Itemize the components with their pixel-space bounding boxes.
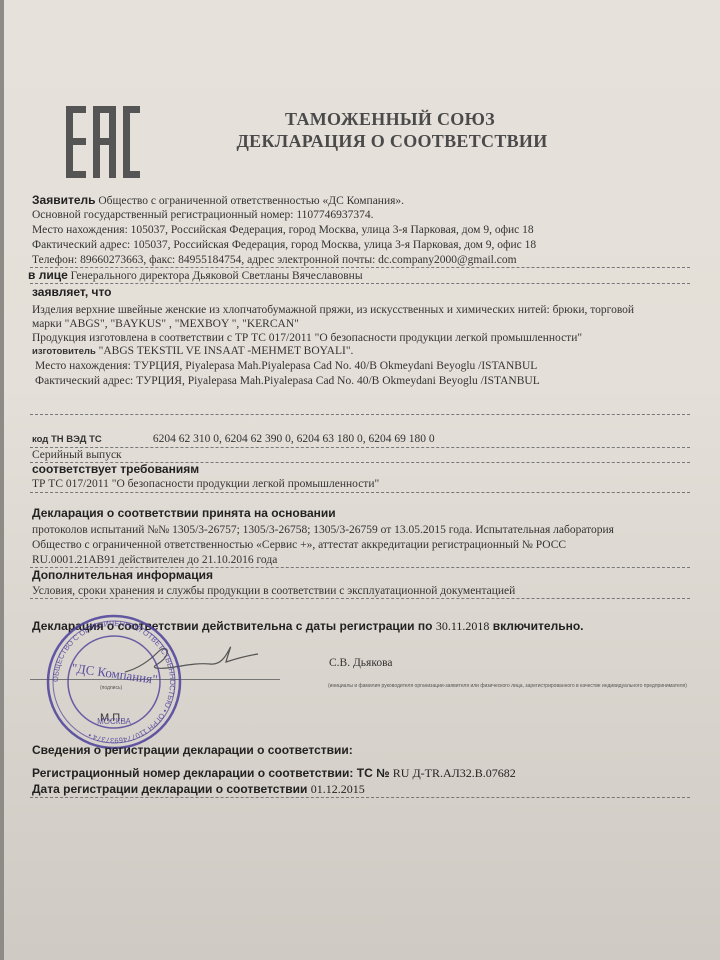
applicant-label: Заявитель (32, 193, 96, 207)
product-description-2: марки "ABGS", "BAYKUS" , "MEXBOY ", "KER… (32, 317, 299, 331)
title-union: ТАМОЖЕННЫЙ СОЮЗ (200, 108, 580, 130)
registration-number-value: RU Д-TR.АЛ32.В.07682 (393, 766, 516, 780)
divider (30, 414, 690, 415)
svg-text:ОБЩЕСТВО С ОГРАНИЧЕННОЙ ОТВЕТС: ОБЩЕСТВО С ОГРАНИЧЕННОЙ ОТВЕТСТВЕННОСТЬЮ… (51, 619, 177, 745)
serial-release: Серийный выпуск (32, 448, 122, 462)
additional-value: Условия, сроки хранения и службы продукц… (32, 584, 515, 598)
title-declaration: ДЕКЛАРАЦИЯ О СООТВЕТСТВИИ (204, 130, 580, 152)
codes-line: код ТН ВЭД ТС 6204 62 310 0, 6204 62 390… (32, 432, 435, 447)
signer-caption: (инициалы и фамилия руководителя организ… (328, 683, 688, 689)
registration-number-label: Регистрационный номер декларации о соотв… (32, 766, 389, 780)
manufacturer-label: изготовитель (32, 346, 96, 357)
basis-line-2: Общество с ограниченной ответственностью… (32, 538, 566, 552)
registration-heading: Сведения о регистрации декларации о соот… (32, 743, 353, 757)
declares-label: заявляет, что (32, 285, 112, 299)
basis-line-3: RU.0001.21АВ91 действителен до 21.10.201… (32, 553, 277, 567)
representative-value: Генерального директора Дьяковой Светланы… (71, 270, 363, 282)
conformity-label: соответствует требованиям (32, 462, 199, 476)
codes-value: 6204 62 310 0, 6204 62 390 0, 6204 63 18… (153, 433, 435, 445)
codes-label: код ТН ВЭД ТС (32, 433, 150, 447)
signer-name: С.В. Дьякова (329, 657, 392, 669)
declaration-document: ТАМОЖЕННЫЙ СОЮЗ ДЕКЛАРАЦИЯ О СООТВЕТСТВИ… (0, 0, 720, 960)
basis-line-1: протоколов испытаний №№ 1305/3-26757; 13… (32, 523, 614, 537)
divider (30, 492, 690, 493)
conformity-value: ТР ТС 017/2011 "О безопасности продукции… (32, 477, 379, 491)
manufacturer-actual-address: Фактический адрес: ТУРЦИЯ, Piyalepasa Ma… (35, 374, 540, 388)
product-standard: Продукция изготовлена в соответствии с Т… (32, 331, 582, 345)
eac-logo-icon (66, 106, 140, 178)
manufacturer-location: Место нахождения: ТУРЦИЯ, Piyalepasa Mah… (35, 359, 537, 373)
applicant-actual-address: Фактический адрес: 105037, Российская Фе… (32, 238, 536, 252)
divider (30, 797, 690, 798)
validity-suffix: включительно. (493, 619, 584, 633)
applicant-ogrn: Основной государственный регистрационный… (32, 208, 374, 222)
registration-date-label: Дата регистрации декларации о соответств… (32, 782, 307, 796)
divider (30, 598, 690, 599)
divider (30, 283, 690, 284)
product-description-1: Изделия верхние швейные женские из хлопч… (32, 303, 634, 317)
applicant-location: Место нахождения: 105037, Российская Фед… (32, 223, 534, 237)
applicant-name: Общество с ограниченной ответственностью… (98, 195, 404, 207)
divider (30, 447, 690, 448)
registration-date-line: Дата регистрации декларации о соответств… (32, 782, 365, 797)
validity-date: 30.11.2018 (436, 619, 490, 633)
manufacturer-value: "ABGS TEKSTIL VE INSAAT -MEHMET BOYALI". (99, 345, 354, 357)
manufacturer-line: изготовитель "ABGS TEKSTIL VE INSAAT -ME… (32, 344, 353, 359)
representative-label: в лице (28, 268, 68, 282)
svg-text:МОСКВА: МОСКВА (97, 717, 131, 726)
basis-label: Декларация о соответствии принята на осн… (32, 506, 336, 520)
representative-line: в лице Генерального директора Дьяковой С… (28, 268, 363, 283)
svg-text:"ДС Компания": "ДС Компания" (71, 660, 159, 687)
company-stamp-icon: ОБЩЕСТВО С ОГРАНИЧЕННОЙ ОТВЕТСТВЕННОСТЬЮ… (44, 612, 184, 752)
applicant-contacts: Телефон: 89660273663, факс: 84955184754,… (32, 253, 517, 267)
applicant-line: Заявитель Общество с ограниченной ответс… (32, 193, 404, 208)
document-title: ТАМОЖЕННЫЙ СОЮЗ ДЕКЛАРАЦИЯ О СООТВЕТСТВИ… (200, 108, 580, 152)
additional-label: Дополнительная информация (32, 568, 213, 582)
registration-number-line: Регистрационный номер декларации о соотв… (32, 766, 516, 781)
registration-date-value: 01.12.2015 (311, 782, 365, 796)
